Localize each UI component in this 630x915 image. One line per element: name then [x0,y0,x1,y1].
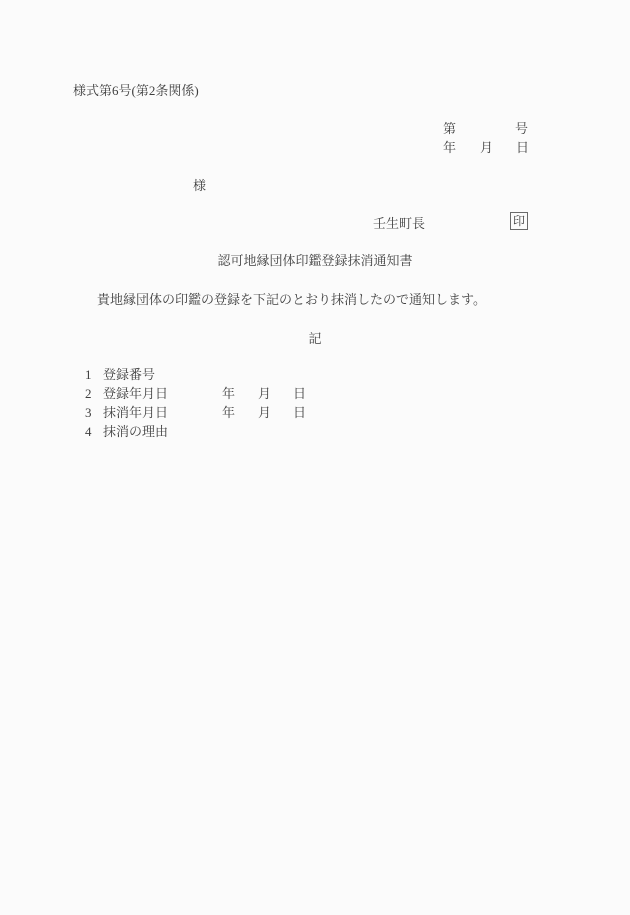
doc-number-prefix: 第 [443,121,456,136]
issuer-name: 壬生町長 [373,216,425,231]
document-page: 様式第6号(第2条関係) 第 号 年 月 日 様 壬生町長 印 認可地縁団体印鑑… [0,0,630,915]
seal-mark: 印 [510,212,528,230]
item-day-label: 日 [293,405,306,420]
item-number: 1 [85,367,92,382]
item-number: 2 [85,386,92,401]
record-marker: 記 [0,331,630,346]
item-month-label: 月 [258,386,271,401]
item-label: 抹消の理由 [103,424,168,439]
item-number: 3 [85,405,92,420]
issue-date-month-label: 月 [480,140,493,155]
body-text: 貴地縁団体の印鑑の登録を下記のとおり抹消したので通知します。 [97,292,486,307]
item-day-label: 日 [293,386,306,401]
item-year-label: 年 [222,405,235,420]
issue-date-day-label: 日 [516,140,529,155]
addressee-honorific: 様 [193,178,206,193]
item-number: 4 [85,424,92,439]
item-row-deletion-date: 3 抹消年月日 年 月 日 [0,405,630,421]
issue-date-year-label: 年 [443,140,456,155]
form-number: 様式第6号(第2条関係) [73,83,199,98]
item-label: 抹消年月日 [103,405,168,420]
doc-number-suffix: 号 [515,121,528,136]
item-row-registration-date: 2 登録年月日 年 月 日 [0,386,630,402]
item-row-registration-number: 1 登録番号 [0,367,630,383]
item-row-deletion-reason: 4 抹消の理由 [0,424,630,440]
item-label: 登録番号 [103,367,155,382]
item-month-label: 月 [258,405,271,420]
document-title: 認可地縁団体印鑑登録抹消通知書 [0,253,630,268]
item-label: 登録年月日 [103,386,168,401]
item-year-label: 年 [222,386,235,401]
